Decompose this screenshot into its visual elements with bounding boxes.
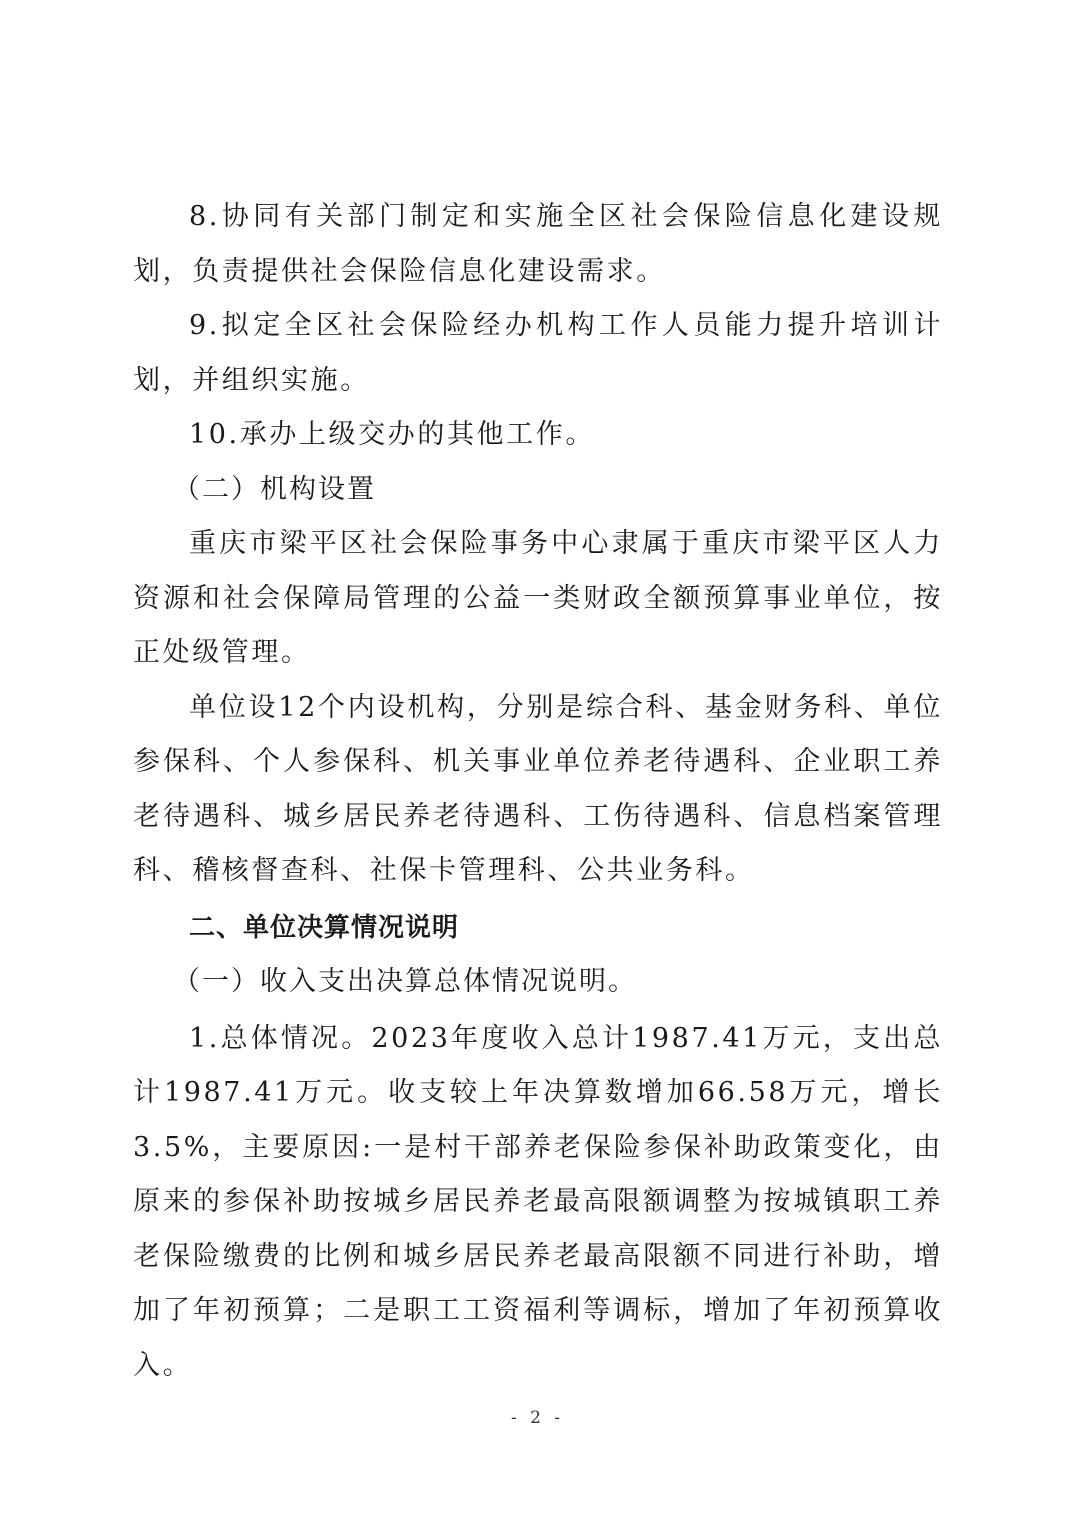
overall-situation-paragraph: 1.总体情况。2023年度收入总计1987.41万元，支出总计1987.41万元…	[133, 1012, 943, 1394]
numbered-item-10: 10.承办上级交办的其他工作。	[133, 408, 943, 463]
document-body: 8.协同有关部门制定和实施全区社会保险信息化建设规划，负责提供社会保险信息化建设…	[133, 190, 943, 1393]
numbered-item-9: 9.拟定全区社会保险经办机构工作人员能力提升培训计划，并组织实施。	[133, 299, 943, 408]
internal-departments-description: 单位设12个内设机构，分别是综合科、基金财务科、单位参保科、个人参保科、机关事业…	[133, 681, 943, 899]
page-number: - 2 -	[0, 1408, 1075, 1428]
organization-description: 重庆市梁平区社会保险事务中心隶属于重庆市梁平区人力资源和社会保障局管理的公益一类…	[133, 517, 943, 681]
subheading-income-expenditure: （一）收入支出决算总体情况说明。	[133, 955, 943, 1010]
section-heading-final-accounts: 二、单位决算情况说明	[133, 901, 943, 956]
subheading-organization: （二）机构设置	[133, 463, 943, 518]
document-page: 8.协同有关部门制定和实施全区社会保险信息化建设规划，负责提供社会保险信息化建设…	[0, 0, 1075, 1520]
numbered-item-8: 8.协同有关部门制定和实施全区社会保险信息化建设规划，负责提供社会保险信息化建设…	[133, 190, 943, 299]
